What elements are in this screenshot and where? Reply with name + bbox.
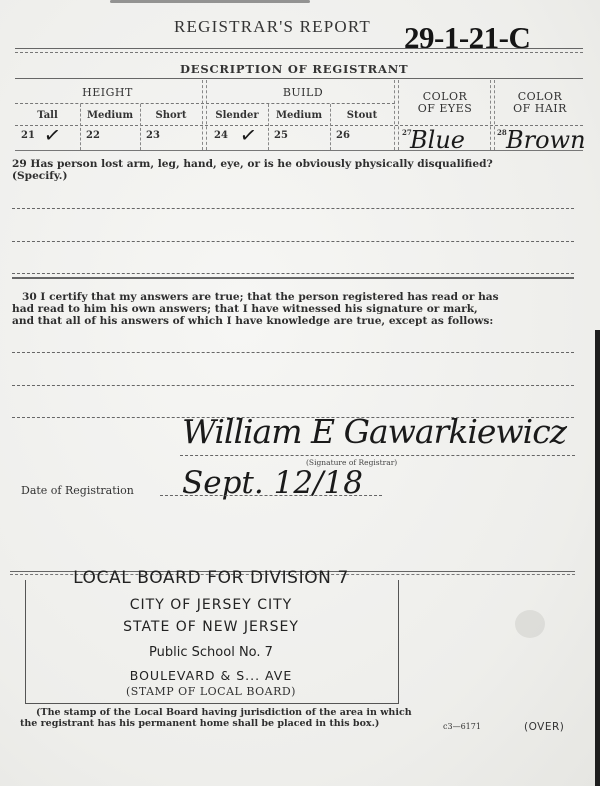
col-medium-height: Medium — [80, 110, 140, 121]
field-number: 24 — [214, 130, 228, 141]
date-label: Date of Registration — [21, 484, 134, 497]
scan-edge — [595, 330, 600, 786]
hair-header: COLOR OF HAIR — [495, 91, 585, 115]
draft-card-back: REGISTRAR'S REPORT 29-1-21-C DESCRIPTION… — [0, 0, 600, 786]
divider — [15, 125, 583, 126]
stain — [515, 610, 545, 638]
checkmark-icon: ✓ — [238, 122, 258, 148]
field-number: 21 — [21, 130, 35, 141]
answer-line — [12, 385, 574, 386]
registrar-signature: William E Gawarkiewicz — [182, 412, 566, 451]
scan-artifact — [110, 0, 310, 3]
col-slender: Slender — [206, 110, 268, 121]
stamp-instructions: (The stamp of the Local Board having jur… — [20, 707, 412, 729]
answer-line — [12, 273, 574, 274]
question-30: 30 I certify that my answers are true; t… — [12, 291, 499, 327]
field-number: 26 — [336, 130, 350, 141]
answer-line — [12, 241, 574, 242]
field-number: 23 — [146, 130, 160, 141]
signature-line — [180, 455, 575, 456]
eyes-header: COLOR OF EYES — [400, 91, 490, 115]
divider — [15, 52, 583, 53]
document-title: REGISTRAR'S REPORT — [174, 17, 371, 37]
divider — [15, 78, 583, 79]
section-title: DESCRIPTION OF REGISTRANT — [180, 62, 408, 76]
height-group-header: HEIGHT — [15, 86, 200, 99]
checkmark-icon: ✓ — [42, 122, 62, 148]
form-number: c3—6171 — [443, 722, 481, 731]
stamp-address: BOULEVARD & S... AVE — [25, 668, 397, 683]
divider — [15, 48, 583, 49]
stamp-caption: (STAMP OF LOCAL BOARD) — [25, 685, 397, 698]
stamp-school: Public School No. 7 — [25, 645, 397, 660]
answer-line — [12, 208, 574, 209]
date-line — [160, 495, 382, 496]
col-medium-build: Medium — [268, 110, 330, 121]
serial-number-stamp: 29-1-21-C — [404, 20, 530, 56]
over-indicator: (OVER) — [524, 721, 564, 733]
hair-color-value: Brown — [506, 126, 586, 154]
stamp-state: STATE OF NEW JERSEY — [25, 619, 397, 635]
field-number: 25 — [274, 130, 288, 141]
stamp-division: LOCAL BOARD FOR DIVISION 7 — [25, 568, 397, 588]
stamp-city: CITY OF JERSEY CITY — [25, 597, 397, 613]
build-group-header: BUILD — [208, 86, 398, 99]
col-stout: Stout — [330, 110, 394, 121]
eye-color-value: Blue — [410, 126, 465, 154]
divider — [12, 277, 574, 279]
answer-line — [12, 352, 574, 353]
question-29: 29 Has person lost arm, leg, hand, eye, … — [12, 158, 493, 182]
col-tall: Tall — [15, 110, 80, 121]
field-number: 22 — [86, 130, 100, 141]
col-short: Short — [140, 110, 202, 121]
divider — [15, 150, 583, 151]
